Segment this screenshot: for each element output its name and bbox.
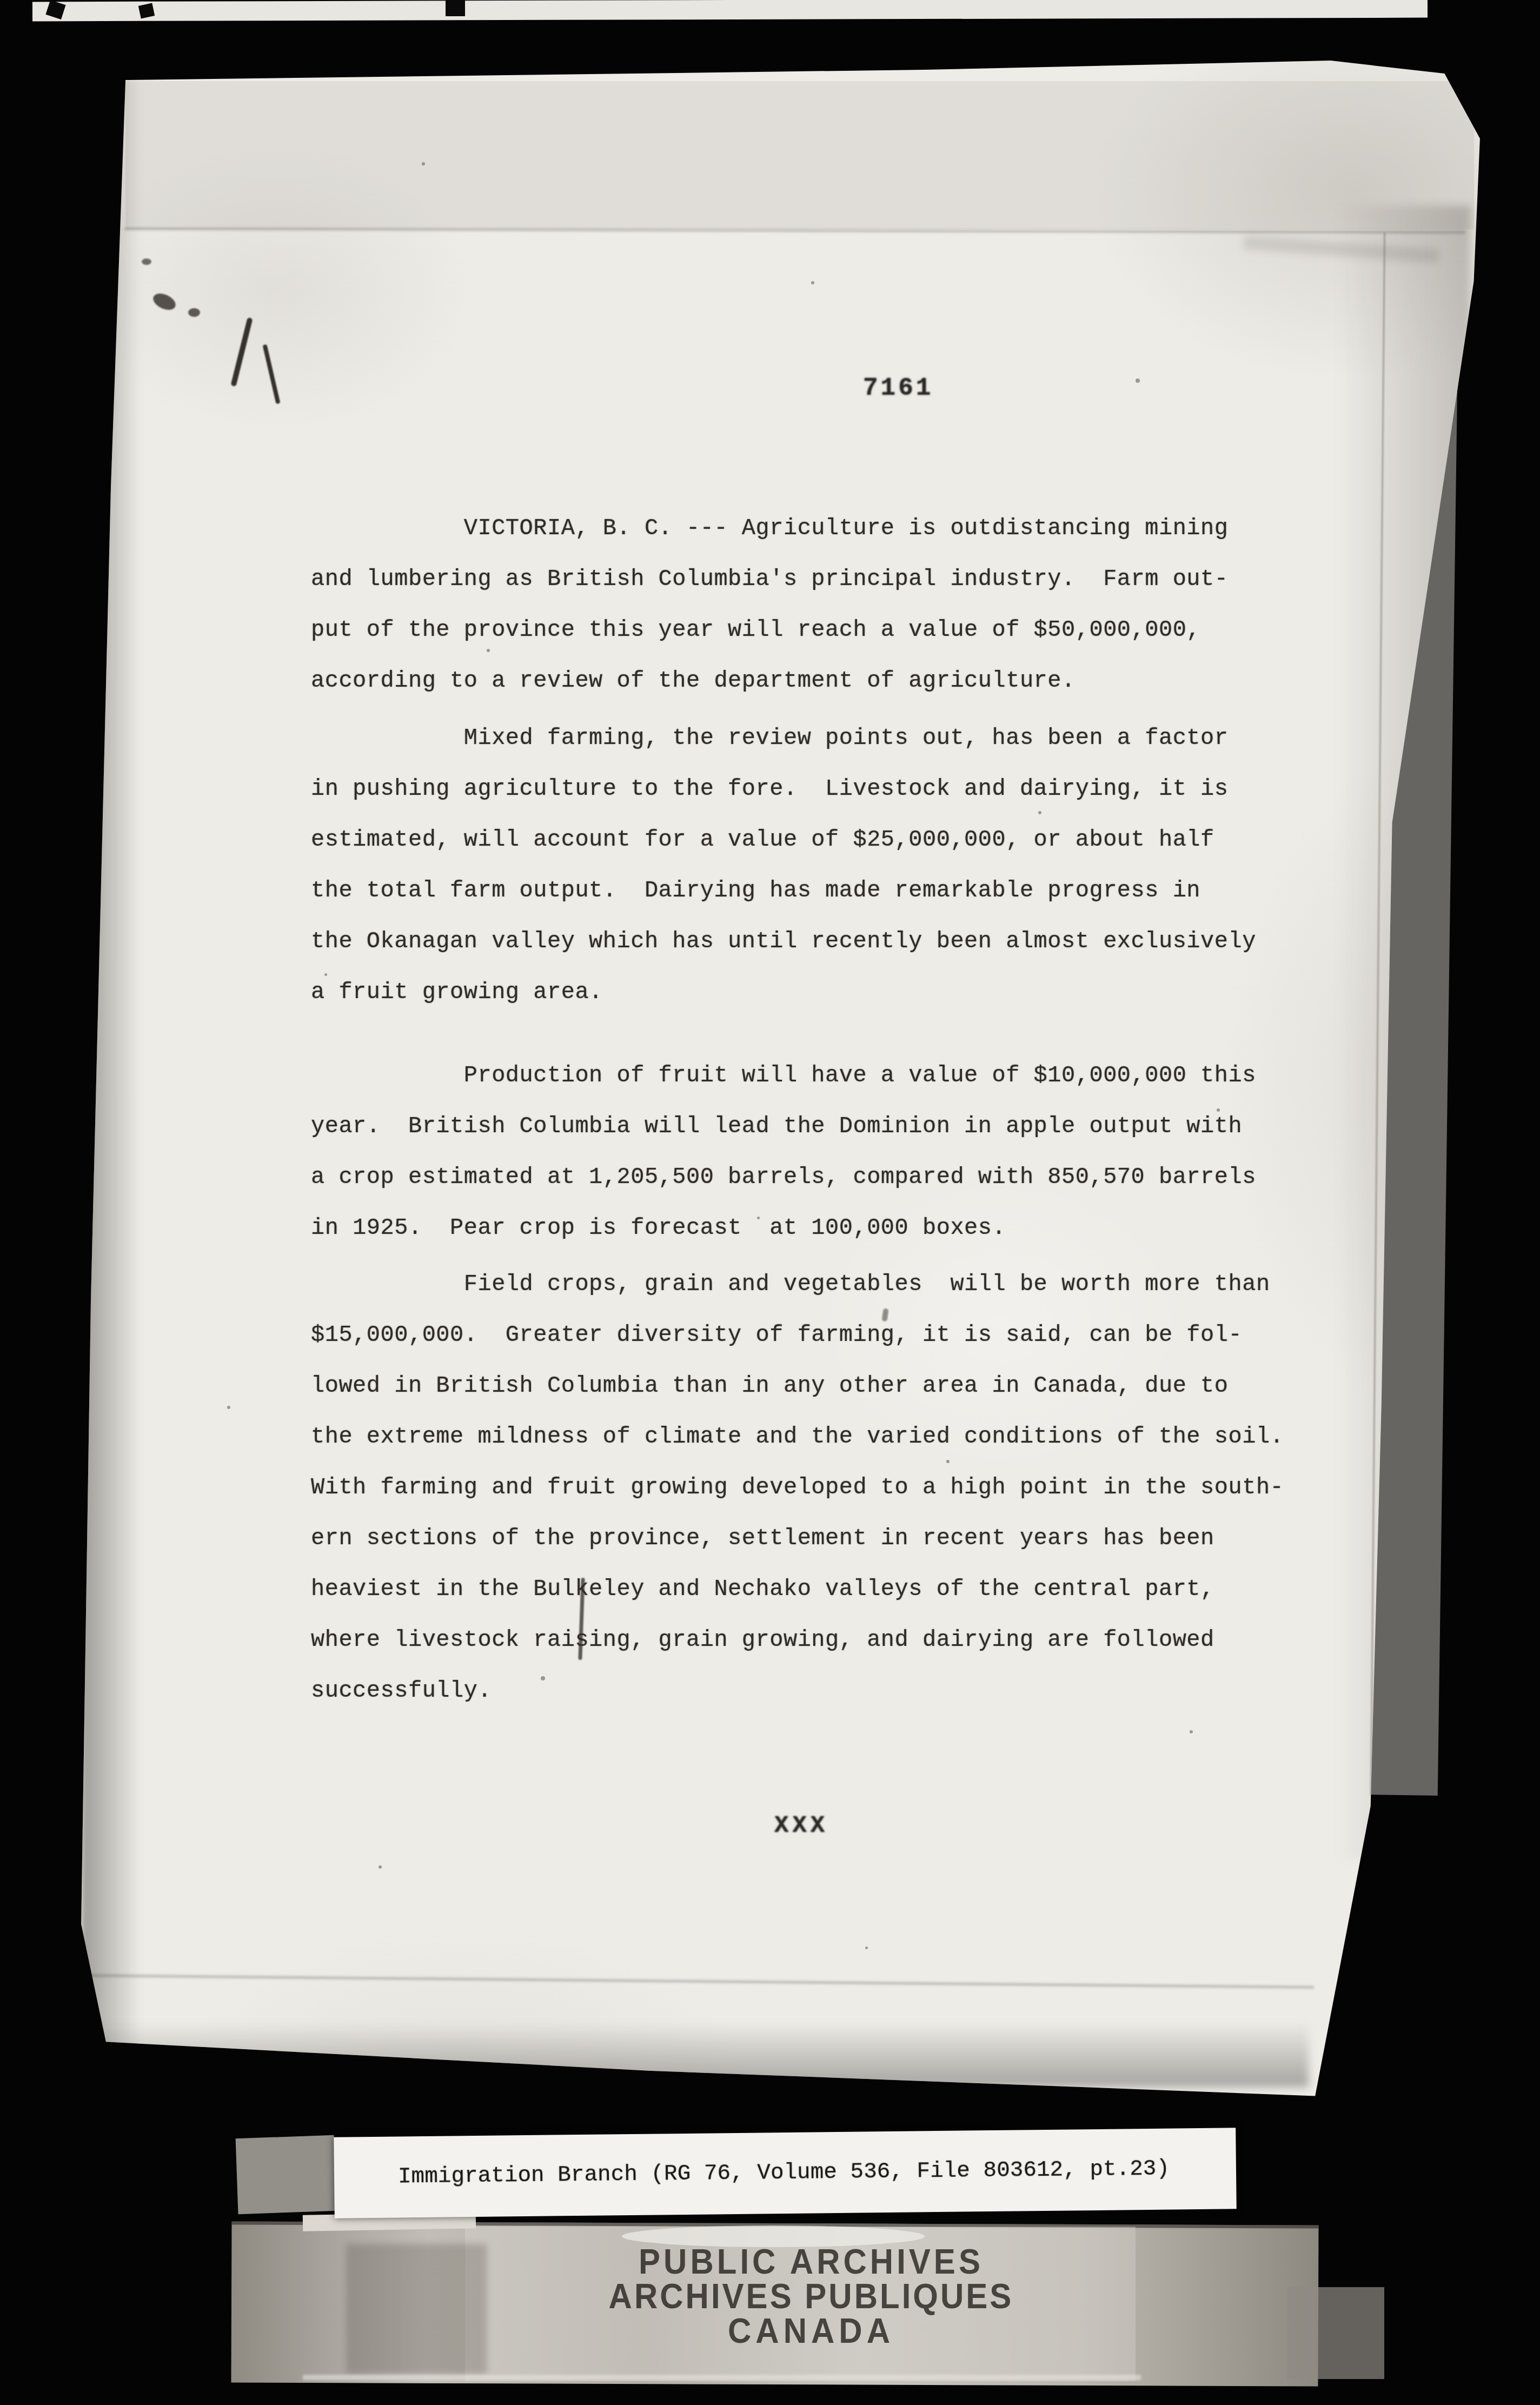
paragraph-victoria-lead: VICTORIA, B. C. --- Agriculture is outdi… bbox=[311, 503, 1306, 706]
archival-label-text: Immigration Branch (RG 76, Volume 536, F… bbox=[397, 2128, 1231, 2217]
ink-blot bbox=[142, 258, 151, 265]
paragraph-field-crops: Field crops, grain and vegetables will b… bbox=[311, 1259, 1306, 1716]
archival-label-strip: Immigration Branch (RG 76, Volume 536, F… bbox=[334, 2128, 1236, 2218]
paper-speck bbox=[422, 162, 425, 165]
paper-speck bbox=[865, 1946, 868, 1949]
paper-speck bbox=[1190, 1730, 1193, 1733]
paper-speck bbox=[379, 1865, 382, 1869]
edge-shadow-left bbox=[81, 80, 141, 2048]
film-edge-mark bbox=[446, 0, 465, 16]
photographed-document: { "colors": { "background": "#040404", "… bbox=[0, 0, 1540, 2405]
paper-speck bbox=[1136, 378, 1140, 383]
edge-shadow-bottom bbox=[97, 2022, 1309, 2087]
ink-blot bbox=[188, 308, 200, 317]
paragraph-fruit-production: Production of fruit will have a value of… bbox=[311, 1050, 1306, 1253]
paper-speck bbox=[227, 1406, 230, 1409]
document-page: 7161 VICTORIA, B. C. --- Agriculture is … bbox=[0, 0, 1540, 2405]
stamp-line-canada: CANADA bbox=[487, 2310, 1136, 2351]
tape-shadow-patch bbox=[346, 2244, 487, 2374]
top-fold-shading bbox=[125, 81, 1474, 229]
paragraph-mixed-farming: Mixed farming, the review points out, ha… bbox=[311, 713, 1306, 1018]
paper-speck bbox=[811, 281, 814, 284]
tape-fragment bbox=[1287, 2287, 1384, 2379]
tape-fragment bbox=[236, 2135, 337, 2214]
closing-mark: XXX bbox=[774, 1801, 915, 1851]
page-number: 7161 bbox=[863, 367, 1004, 410]
tape-bottom-edge bbox=[303, 2375, 1141, 2380]
film-edge-sliver bbox=[32, 0, 1428, 21]
